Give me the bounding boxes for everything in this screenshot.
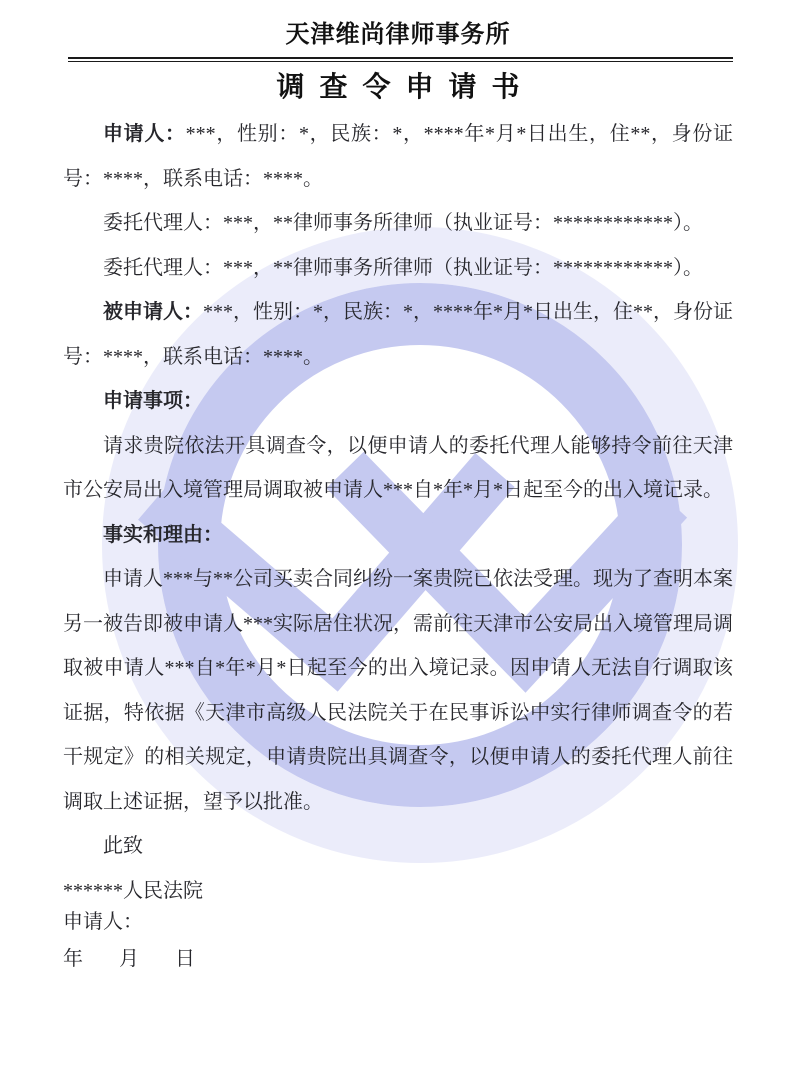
respondent-paragraph: 被申请人：***，性别：*，民族：*，****年*月*日出生，住**，身份证号：… bbox=[63, 290, 733, 379]
header-double-rule bbox=[68, 57, 733, 62]
request-heading: 申请事项： bbox=[63, 379, 733, 424]
document-page: 天津维尚律师事务所 调查令申请书 申请人：***，性别：*，民族：*，****年… bbox=[0, 0, 800, 1067]
document-title: 调查令申请书 bbox=[63, 70, 733, 106]
document-body: 申请人：***，性别：*，民族：*，****年*月*日出生，住**，身份证号：*… bbox=[63, 112, 733, 981]
request-paragraph: 请求贵院依法开具调查令，以便申请人的委托代理人能够持令前往天津市公安局出入境管理… bbox=[63, 424, 733, 513]
firm-name: 天津维尚律师事务所 bbox=[63, 20, 733, 50]
agent-paragraph-2: 委托代理人：***，**律师事务所律师（执业证号：************）。 bbox=[63, 246, 733, 291]
facts-heading: 事实和理由： bbox=[63, 513, 733, 558]
applicant-paragraph: 申请人：***，性别：*，民族：*，****年*月*日出生，住**，身份证号：*… bbox=[63, 112, 733, 201]
respondent-label: 被申请人： bbox=[103, 301, 203, 323]
document-content: 天津维尚律师事务所 调查令申请书 申请人：***，性别：*，民族：*，****年… bbox=[0, 0, 800, 981]
date-line: 年 月 日 bbox=[63, 937, 733, 982]
salutation: 此致 bbox=[63, 824, 733, 869]
facts-paragraph: 申请人***与**公司买卖合同纠纷一案贵院已依法受理。现为了查明本案另一被告即被… bbox=[63, 557, 733, 824]
agent-paragraph-1: 委托代理人：***，**律师事务所律师（执业证号：************）。 bbox=[63, 201, 733, 246]
applicant-label: 申请人： bbox=[103, 123, 186, 145]
